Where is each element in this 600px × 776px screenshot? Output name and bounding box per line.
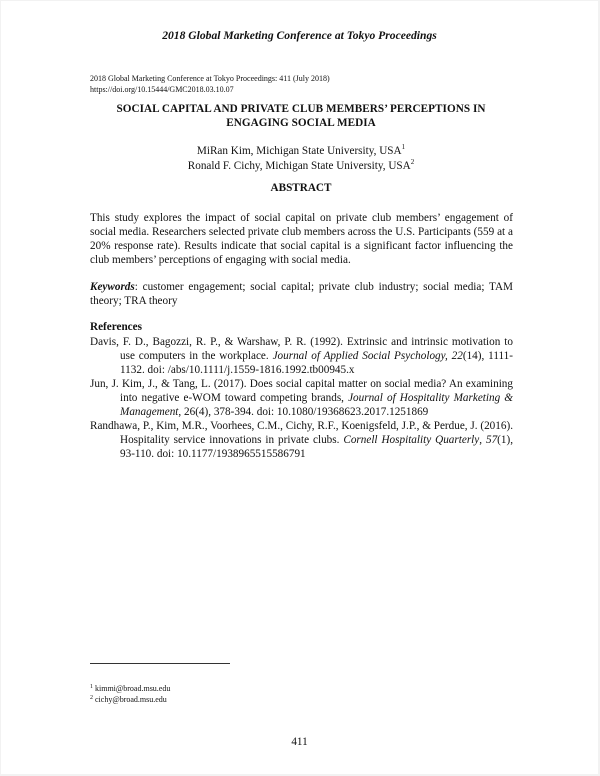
reference-journal: Cornell Hospitality Quarterly (343, 434, 479, 446)
author-name: Ronald F. Cichy, Michigan State Universi… (188, 160, 411, 172)
footnote: 2cichy@broad.msu.edu (90, 694, 170, 705)
keywords: Keywords: customer engagement; social ca… (90, 280, 513, 308)
author-list: MiRan Kim, Michigan State University, US… (89, 144, 513, 173)
reference-volume: 57 (486, 434, 497, 446)
footnote-mark: 1 (402, 143, 406, 151)
citation-line: 2018 Global Marketing Conference at Toky… (90, 73, 330, 84)
footnote-email[interactable]: cichy@broad.msu.edu (95, 695, 167, 704)
running-head: 2018 Global Marketing Conference at Toky… (1, 29, 598, 42)
footnote-mark: 2 (411, 158, 415, 166)
reference-journal: Journal of Applied Social Psychology, 22 (273, 350, 463, 362)
reference-item: Randhawa, P., Kim, M.R., Voorhees, C.M.,… (90, 419, 513, 461)
reference-text: , 26(4), 378-394. doi: 10.1080/19368623.… (178, 406, 428, 418)
footnote-mark: 1 (90, 684, 93, 690)
footnotes: 1kimmi@broad.msu.edu 2cichy@broad.msu.ed… (90, 683, 170, 705)
reference-item: Jun, J. Kim, J., & Tang, L. (2017). Does… (90, 377, 513, 419)
abstract-body: This study explores the impact of social… (90, 211, 513, 267)
author-name: MiRan Kim, Michigan State University, US… (197, 145, 402, 157)
citation-block: 2018 Global Marketing Conference at Toky… (90, 73, 330, 95)
footnote-email[interactable]: kimmi@broad.msu.edu (95, 684, 170, 693)
keywords-label: Keywords (90, 281, 135, 293)
reference-text: , (479, 434, 486, 446)
footnote-mark: 2 (90, 695, 93, 701)
reference-item: Davis, F. D., Bagozzi, R. P., & Warshaw,… (90, 335, 513, 377)
footnote-divider (90, 663, 230, 664)
author-line: MiRan Kim, Michigan State University, US… (89, 144, 513, 159)
document-page: 2018 Global Marketing Conference at Toky… (1, 1, 598, 774)
paper-title: SOCIAL CAPITAL AND PRIVATE CLUB MEMBERS’… (89, 102, 513, 130)
abstract-heading: ABSTRACT (89, 182, 513, 194)
page-number: 411 (1, 736, 598, 748)
footnote: 1kimmi@broad.msu.edu (90, 683, 170, 694)
references-list: Davis, F. D., Bagozzi, R. P., & Warshaw,… (90, 335, 513, 461)
author-line: Ronald F. Cichy, Michigan State Universi… (89, 159, 513, 174)
keywords-text: : customer engagement; social capital; p… (90, 281, 513, 307)
doi-link[interactable]: https://doi.org/10.15444/GMC2018.03.10.0… (90, 84, 330, 95)
references-heading: References (90, 321, 142, 333)
